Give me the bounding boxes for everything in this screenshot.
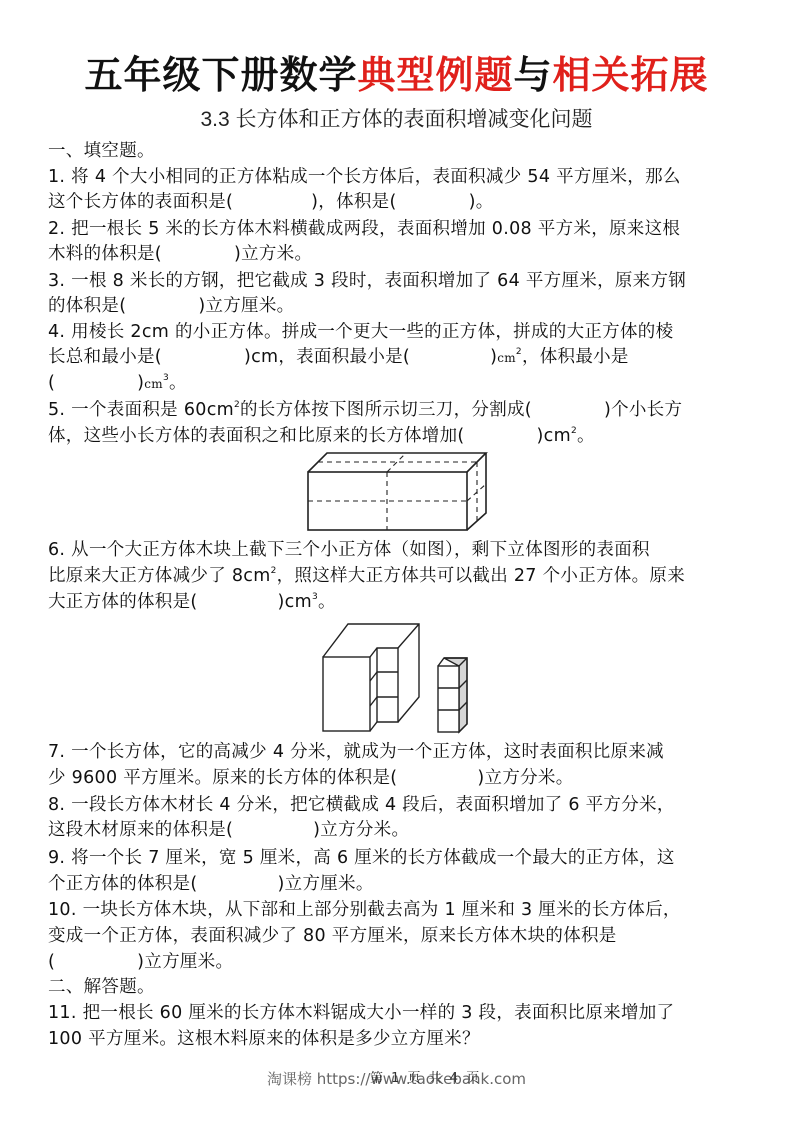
question-9-line-1: 9. 将一个长 7 厘米，宽 5 厘米，高 6 厘米的长方体截成一个最大的正方体… (48, 846, 748, 870)
q1-text-b: )，体积是( (311, 192, 396, 212)
question-7-line-2: 少 9600 平方厘米。原来的长方体的体积是()立方分米。 (48, 766, 748, 790)
question-7-line-1: 7. 一个长方体，它的高减少 4 分米，就成为一个正方体，这时表面积比原来减 (48, 740, 748, 764)
q4-unit-cu: cm (144, 377, 163, 391)
title-part-examples: 典型例题 (357, 53, 513, 97)
q5-text-a: 5. 一个表面积是 60cm (48, 400, 234, 420)
q2-text-a: 木料的体积是( (48, 244, 162, 264)
q4-text-e: ( (48, 373, 55, 393)
q1-text-c: )。 (469, 192, 494, 212)
q4-unit-sq: cm (497, 351, 516, 365)
q6-text-d: )cm (278, 592, 312, 612)
cuboid-diagram (300, 445, 500, 540)
page-title: 五年级下册数学典型例题与相关拓展 (0, 52, 793, 98)
title-part-and: 与 (514, 53, 553, 97)
q5-text-e: )cm (537, 426, 571, 446)
question-11-line-2: 100 平方厘米。这根木料原来的体积是多少立方厘米？ (48, 1027, 748, 1051)
section-heading-answer: 二、解答题。 (48, 975, 748, 999)
title-part-extension: 相关拓展 (553, 53, 709, 97)
question-2-line-2: 木料的体积是()立方米。 (48, 242, 748, 266)
q3-text-a: 的体积是( (48, 296, 126, 316)
q5-text-c: )个小长方 (604, 400, 682, 420)
question-8-line-1: 8. 一段长方体木材长 4 分米，把它横截成 4 段后，表面积增加了 6 平方分… (48, 793, 748, 817)
question-10-line-2: 变成一个正方体，表面积减少了 80 平方厘米，原来长方体木块的体积是 (48, 924, 748, 948)
q7-text-a: 少 9600 平方厘米。原来的长方体的体积是( (48, 768, 397, 788)
q6-text-e: 。 (318, 592, 336, 612)
q10-text-b: )立方厘米。 (137, 952, 233, 972)
question-2-line-1: 2. 把一根长 5 米的长方体木料横截成两段，表面积增加 0.08 平方米，原来… (48, 217, 748, 241)
question-6-line-3: 大正方体的体积是()cm3。 (48, 590, 748, 614)
q4-text-b: )cm，表面积最小是( (244, 347, 410, 367)
question-3-line-2: 的体积是()立方厘米。 (48, 294, 748, 318)
q8-text-a: 这段木材原来的体积是( (48, 820, 233, 840)
question-11-line-1: 11. 把一根长 60 厘米的长方体木料锯成大小一样的 3 段，表面积比原来增加… (48, 1001, 748, 1025)
q9-text-b: )立方厘米。 (278, 874, 374, 894)
q6-text-b: ，照这样大正方体共可以截出 27 个小正方体。原来 (277, 566, 685, 586)
q2-text-b: )立方米。 (234, 244, 312, 264)
q5-text-d: 体，这些小长方体的表面积之和比原来的长方体增加( (48, 426, 465, 446)
question-5-line-1: 5. 一个表面积是 60cm2的长方体按下图所示切三刀，分割成()个小长方 (48, 398, 748, 422)
cube-cut-diagram (315, 615, 475, 740)
q7-text-b: )立方分米。 (477, 768, 573, 788)
q6-text-c: 大正方体的体积是( (48, 592, 198, 612)
question-6-line-1: 6. 从一个大正方体木块上截下三个小正方体（如图），剩下立体图形的表面积 (48, 538, 748, 562)
question-3-line-1: 3. 一根 8 米长的方钢，把它截成 3 段时，表面积增加了 64 平方厘米，原… (48, 269, 748, 293)
title-part-grade: 五年级下册数学 (84, 53, 357, 97)
q4-text-g: 。 (169, 373, 187, 393)
q5-text-b: 的长方体按下图所示切三刀，分割成( (240, 400, 532, 420)
question-4-line-1: 4. 用棱长 2cm 的小正方体。拼成一个更大一些的正方体，拼成的大正方体的棱 (48, 320, 748, 344)
question-1-line-1: 1. 将 4 个大小相同的正方体粘成一个长方体后，表面积减少 54 平方厘米，那… (48, 165, 748, 189)
q3-text-b: )立方厘米。 (198, 296, 294, 316)
q1-text-a: 这个长方体的表面积是( (48, 192, 233, 212)
q6-text-a: 比原来大正方体减少了 8cm (48, 566, 271, 586)
footer-page-number: 第 1 页 共 4 页 (370, 1068, 481, 1090)
q4-text-d: ，体积最小是 (522, 347, 629, 367)
section-heading-fill-blank: 一、填空题。 (48, 139, 748, 163)
question-10-line-1: 10. 一块长方体木块，从下部和上部分别截去高为 1 厘米和 3 厘米的长方体后… (48, 898, 748, 922)
q9-text-a: 个正方体的体积是( (48, 874, 198, 894)
question-1-line-2: 这个长方体的表面积是()，体积是()。 (48, 190, 748, 214)
question-6-line-2: 比原来大正方体减少了 8cm2，照这样大正方体共可以截出 27 个小正方体。原来 (48, 564, 748, 588)
page-subtitle: 3.3 长方体和正方体的表面积增减变化问题 (0, 106, 793, 134)
question-9-line-2: 个正方体的体积是()立方厘米。 (48, 872, 748, 896)
q4-text-a: 长总和最小是( (48, 347, 162, 367)
page-footer: 淘课榜 https://www.taokebank.com 第 1 页 共 4 … (0, 1068, 793, 1090)
question-10-line-3: ()立方厘米。 (48, 950, 748, 974)
q5-text-f: 。 (577, 426, 595, 446)
question-4-line-2: 长总和最小是()cm，表面积最小是()cm2，体积最小是 (48, 345, 748, 370)
question-4-line-3: ()cm3。 (48, 371, 748, 396)
q8-text-b: )立方分米。 (313, 820, 409, 840)
q10-text-a: ( (48, 952, 55, 972)
question-8-line-2: 这段木材原来的体积是()立方分米。 (48, 818, 748, 842)
